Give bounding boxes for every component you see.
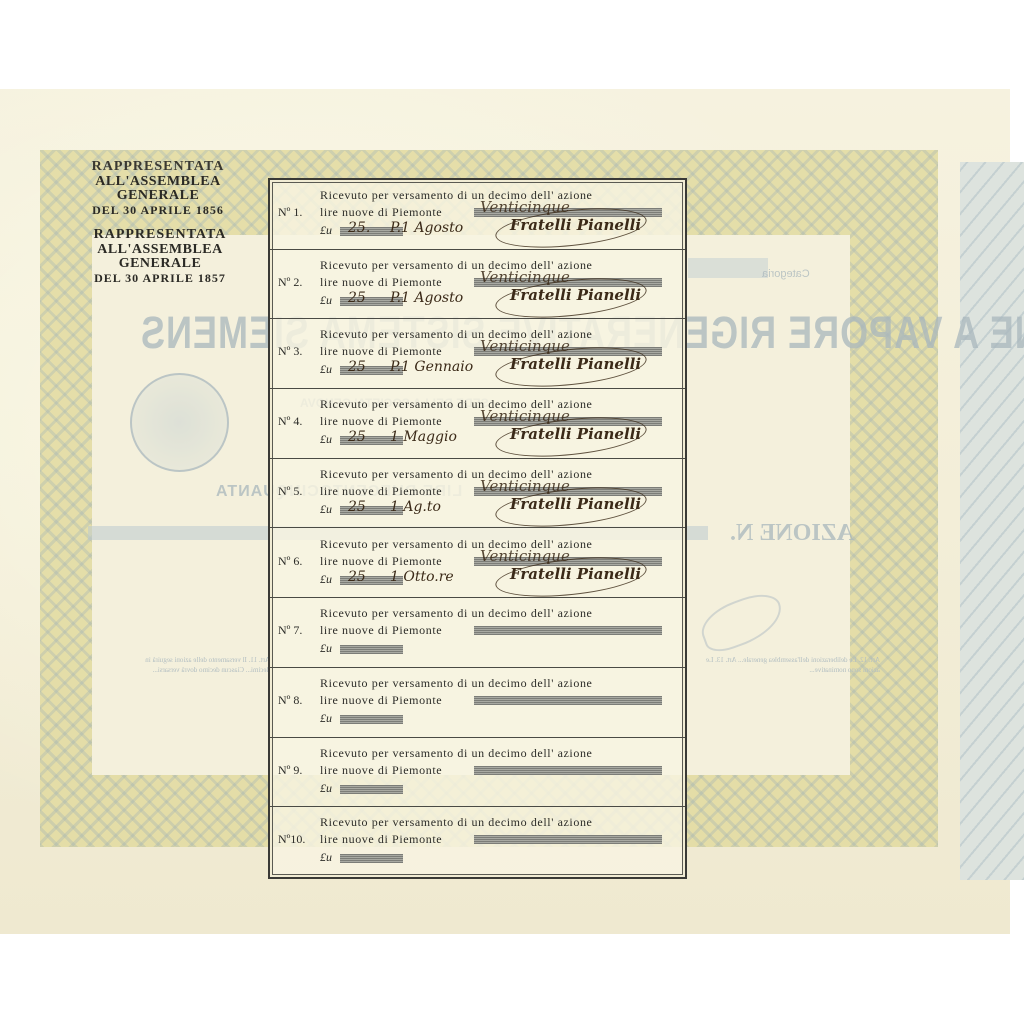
receipt-number: Nº 9. xyxy=(278,763,302,778)
assembly-stamp-1856: RAPPRESENTATA ALL'ASSEMBLEA GENERALE DEL… xyxy=(58,160,258,217)
receipt-heading: Ricevuto per versamento di un decimo del… xyxy=(320,746,592,761)
receipt-number: Nº 3. xyxy=(278,344,302,359)
receipt-currency-line: lire nuove di Piemonte xyxy=(320,205,442,220)
amount-words-field xyxy=(474,696,662,705)
receipt-row: Ricevuto per versamento di un decimo del… xyxy=(270,250,685,320)
stamp-line3: DEL 30 APRILE 1857 xyxy=(55,272,265,285)
handwritten-date: 1 Ag.to xyxy=(390,499,441,515)
receipt-currency-line: lire nuove di Piemonte xyxy=(320,693,442,708)
handwritten-amount: 25 xyxy=(348,499,366,515)
handwritten-signature: Fratelli Pianelli xyxy=(510,286,641,304)
handwritten-amount: 25 xyxy=(348,359,366,375)
handwritten-signature: Fratelli Pianelli xyxy=(510,216,641,234)
receipt-number: Nº 5. xyxy=(278,484,302,499)
receipt-row: Ricevuto per versamento di un decimo del… xyxy=(270,668,685,738)
receipt-row: Ricevuto per versamento di un decimo del… xyxy=(270,529,685,599)
receipt-row: Ricevuto per versamento di un decimo del… xyxy=(270,389,685,459)
handwritten-amount: 25 xyxy=(348,569,366,585)
handwritten-amount: 25. xyxy=(348,220,370,236)
amount-words-field xyxy=(474,626,662,635)
currency-symbol: £u xyxy=(320,223,332,238)
adjacent-coupon-strip xyxy=(960,162,1024,880)
amount-words-field xyxy=(474,766,662,775)
handwritten-signature: Fratelli Pianelli xyxy=(510,565,641,583)
handwritten-amount: 25 xyxy=(348,290,366,306)
currency-symbol: £u xyxy=(320,293,332,308)
amount-figure-field xyxy=(340,854,403,863)
currency-symbol: £u xyxy=(320,502,332,517)
ghost-categoria-box xyxy=(688,258,768,278)
assembly-stamp-1857: RAPPRESENTATA ALL'ASSEMBLEA GENERALE DEL… xyxy=(55,228,265,285)
receipt-currency-line: lire nuove di Piemonte xyxy=(320,344,442,359)
receipt-currency-line: lire nuove di Piemonte xyxy=(320,763,442,778)
receipt-heading: Ricevuto per versamento di un decimo del… xyxy=(320,676,592,691)
receipt-number: Nº 8. xyxy=(278,693,302,708)
ghost-categoria: Categoria xyxy=(762,268,810,280)
handwritten-date: P.1 Agosto xyxy=(390,220,463,236)
receipt-heading: Ricevuto per versamento di un decimo del… xyxy=(320,606,592,621)
receipt-number: Nº 7. xyxy=(278,623,302,638)
ghost-azione: AZIONE N. xyxy=(730,520,854,547)
receipt-number: Nº 1. xyxy=(278,205,302,220)
receipt-row: Ricevuto per versamento di un decimo del… xyxy=(270,807,685,877)
embossed-seal-icon xyxy=(130,373,229,472)
handwritten-signature: Fratelli Pianelli xyxy=(510,355,641,373)
handwritten-amount: 25 xyxy=(348,429,366,445)
receipt-row: Ricevuto per versamento di un decimo del… xyxy=(270,459,685,529)
receipt-row: Ricevuto per versamento di un decimo del… xyxy=(270,319,685,389)
receipt-currency-line: lire nuove di Piemonte xyxy=(320,623,442,638)
receipt-row: Ricevuto per versamento di un decimo del… xyxy=(270,180,685,250)
amount-words-field xyxy=(474,835,662,844)
amount-figure-field xyxy=(340,715,403,724)
handwritten-signature: Fratelli Pianelli xyxy=(510,425,641,443)
stamp-line2: ALL'ASSEMBLEA GENERALE xyxy=(58,175,258,204)
currency-symbol: £u xyxy=(320,781,332,796)
receipt-currency-line: lire nuove di Piemonte xyxy=(320,484,442,499)
handwritten-date: 1 Maggio xyxy=(390,429,457,445)
handwritten-date: P.1 Gennaio xyxy=(390,359,473,375)
stamp-line2: ALL'ASSEMBLEA GENERALE xyxy=(55,243,265,272)
currency-symbol: £u xyxy=(320,432,332,447)
receipt-heading: Ricevuto per versamento di un decimo del… xyxy=(320,815,592,830)
receipt-currency-line: lire nuove di Piemonte xyxy=(320,414,442,429)
receipt-number: Nº 4. xyxy=(278,414,302,429)
receipt-currency-line: lire nuove di Piemonte xyxy=(320,275,442,290)
currency-symbol: £u xyxy=(320,572,332,587)
stamp-line1: RAPPRESENTATA xyxy=(58,160,258,175)
amount-figure-field xyxy=(340,645,403,654)
receipt-number: Nº 2. xyxy=(278,275,302,290)
currency-symbol: £u xyxy=(320,850,332,865)
receipt-currency-line: lire nuove di Piemonte xyxy=(320,832,442,847)
receipt-number: Nº10. xyxy=(278,832,305,847)
handwritten-date: 1 Otto.re xyxy=(390,569,454,585)
stamp-line3: DEL 30 APRILE 1856 xyxy=(58,204,258,217)
installment-receipts-table: Ricevuto per versamento di un decimo del… xyxy=(268,178,687,879)
stamp-line1: RAPPRESENTATA xyxy=(55,228,265,243)
handwritten-date: P.1 Agosto xyxy=(390,290,463,306)
currency-symbol: £u xyxy=(320,711,332,726)
receipt-number: Nº 6. xyxy=(278,554,302,569)
receipt-row: Ricevuto per versamento di un decimo del… xyxy=(270,598,685,668)
ghost-statute-right: Art. 12. Le deliberazioni dell'assemblea… xyxy=(690,655,880,675)
currency-symbol: £u xyxy=(320,362,332,377)
receipt-row: Ricevuto per versamento di un decimo del… xyxy=(270,738,685,808)
handwritten-signature: Fratelli Pianelli xyxy=(510,495,641,513)
receipt-currency-line: lire nuove di Piemonte xyxy=(320,554,442,569)
amount-figure-field xyxy=(340,785,403,794)
ghost-statute-left: Art. 11. Il versamento delle azioni segu… xyxy=(120,655,270,675)
currency-symbol: £u xyxy=(320,641,332,656)
